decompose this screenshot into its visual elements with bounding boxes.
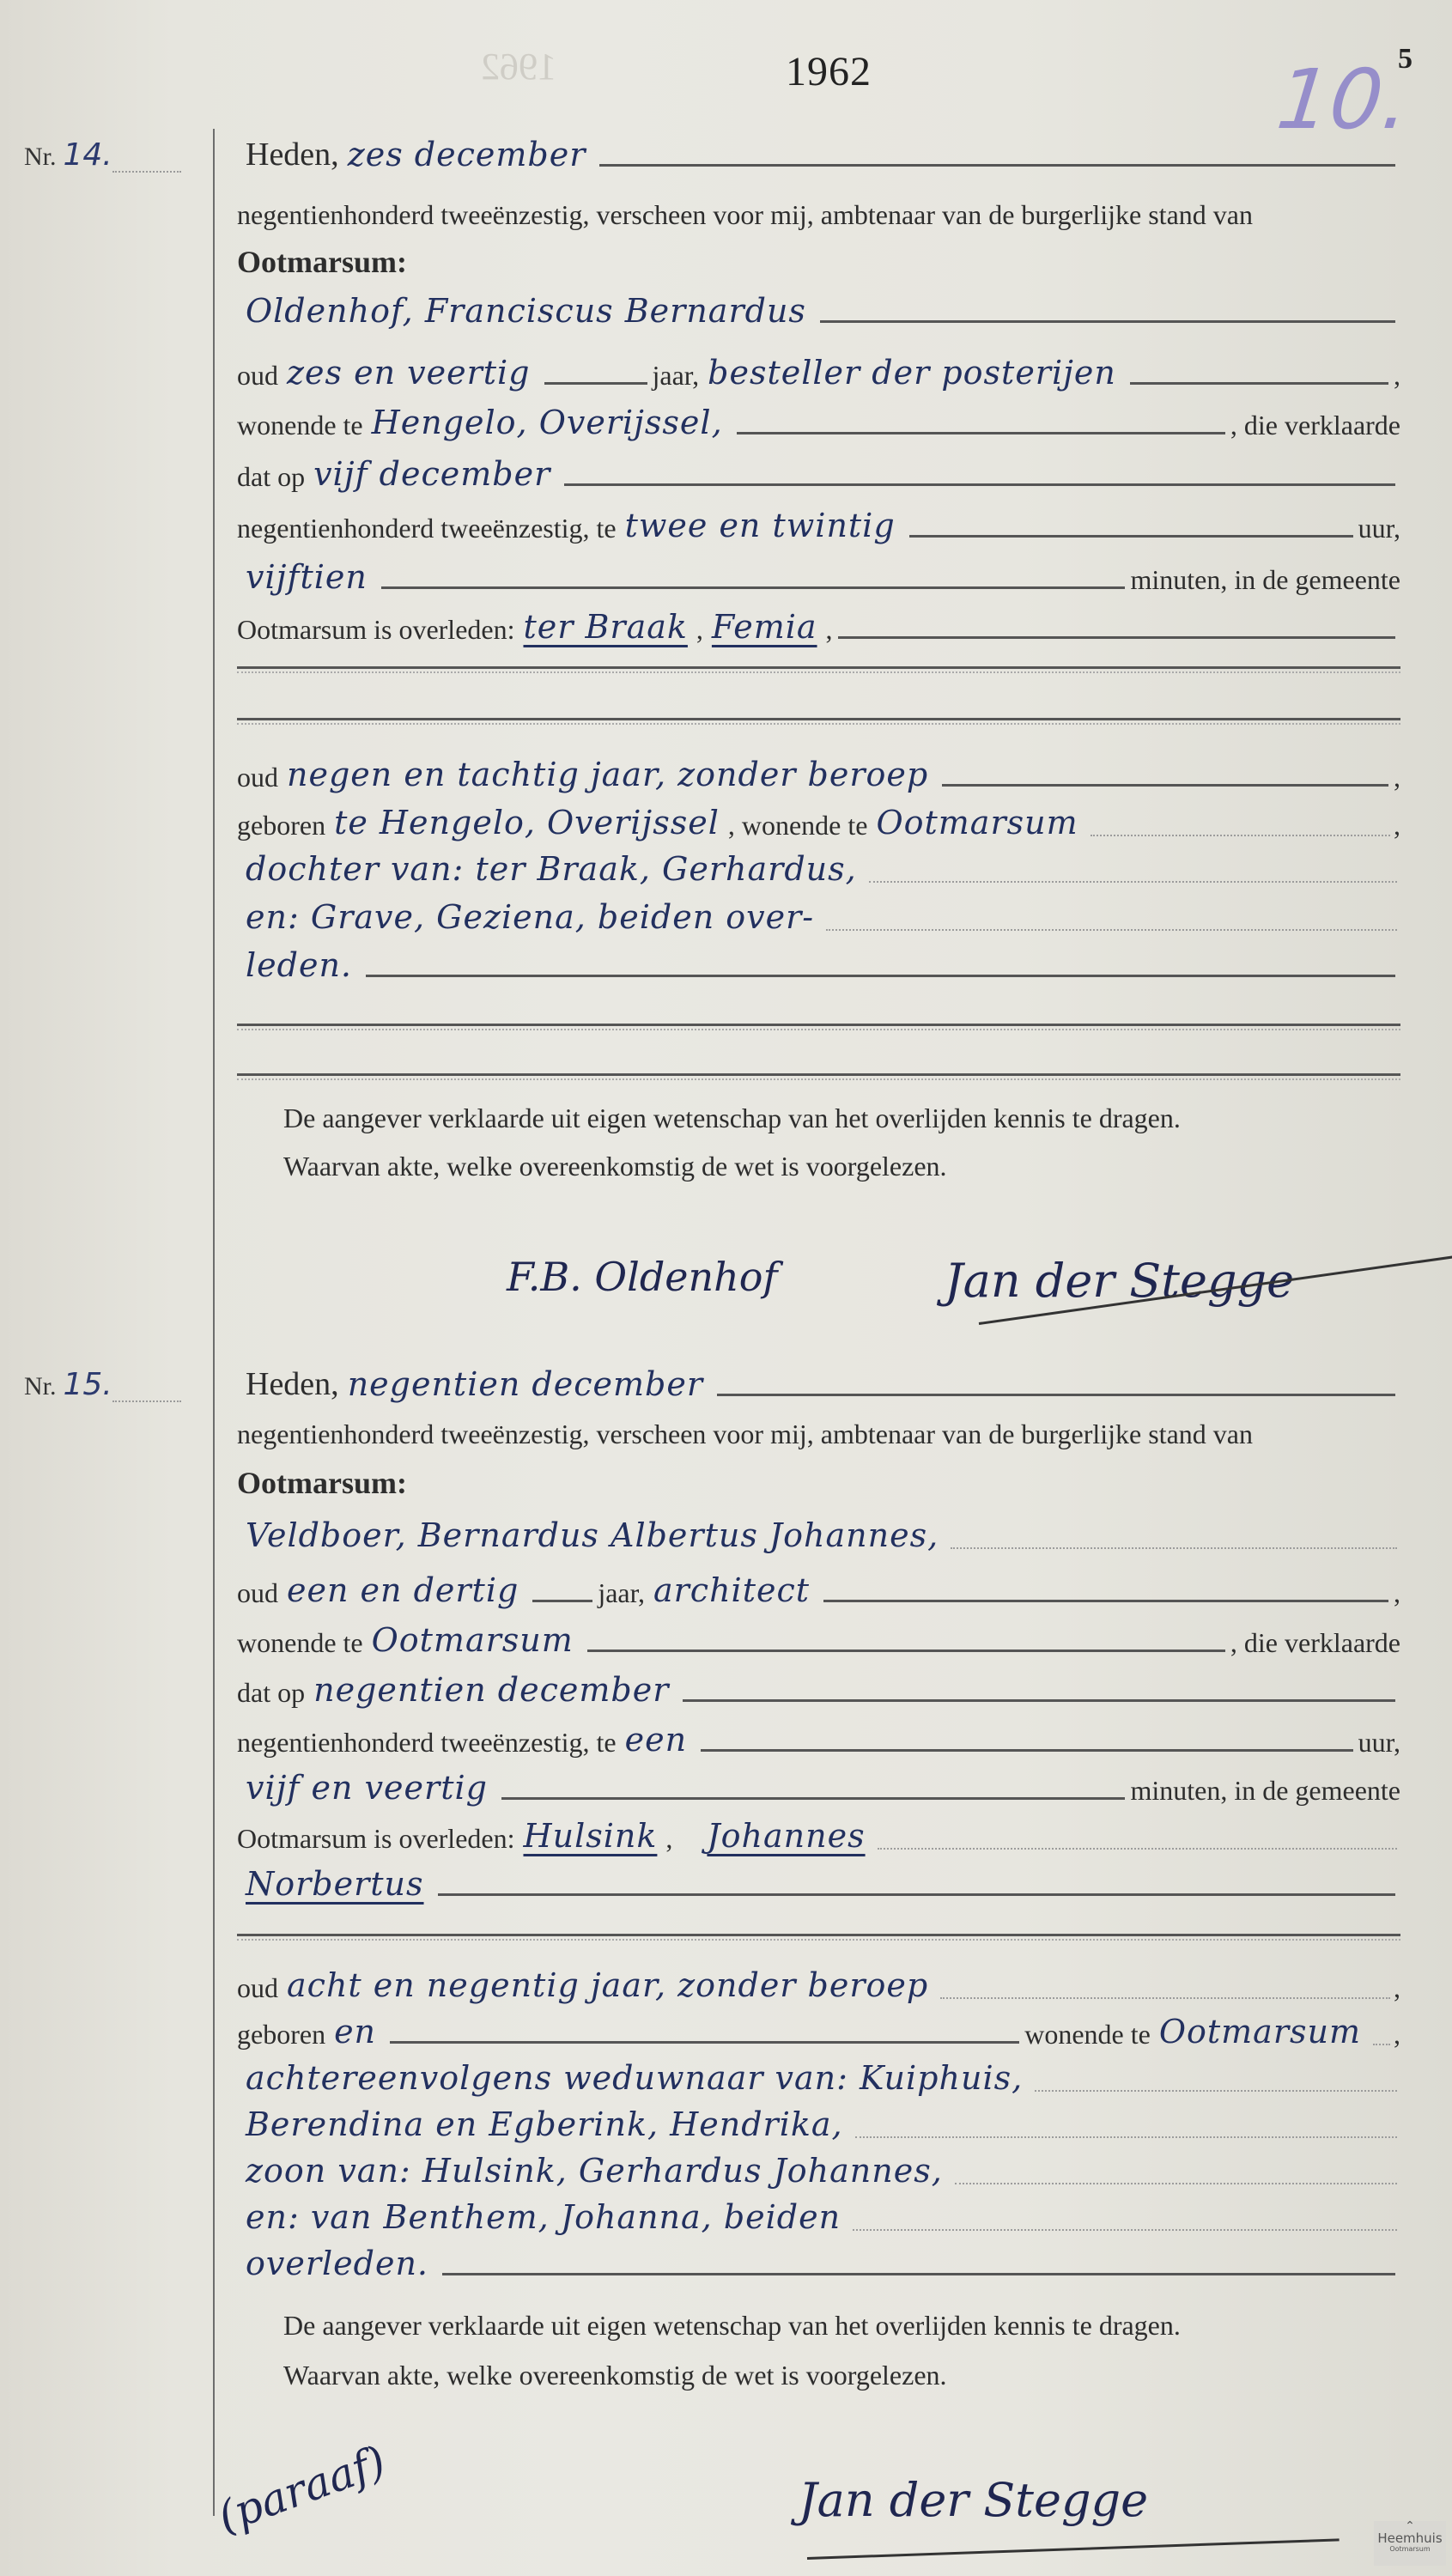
blank-line [237, 718, 1400, 720]
record-line: Waarvan akte, welke overeenkomstig de we… [283, 2360, 1400, 2391]
record-line: wonende te Hengelo, Overijssel, , die ve… [237, 404, 1400, 441]
relation-line: en: van Benthem, Johanna, beiden [246, 2198, 841, 2236]
deceased-given-name: Femia [712, 608, 817, 646]
closing-statement: Waarvan akte, welke overeenkomstig de we… [283, 1151, 947, 1182]
record-line: zoon van: Hulsink, Gerhardus Johannes, [237, 2152, 1400, 2190]
entry-number: Nr.15. [24, 1367, 181, 1402]
closing-statement: Waarvan akte, welke overeenkomstig de we… [283, 2360, 947, 2391]
record-line: Waarvan akte, welke overeenkomstig de we… [283, 1151, 1400, 1182]
relation-line: zoon van: Hulsink, Gerhardus Johannes, [246, 2152, 943, 2190]
signature-official: Jan der Stegge [799, 2473, 1148, 2527]
entry-number-value: 15. [64, 1367, 112, 1402]
record-line: Ootmarsum: [237, 1465, 1400, 1501]
margin-rule [213, 129, 215, 2516]
record-line: negentienhonderd tweeënzestig, verscheen… [237, 1419, 1400, 1450]
deceased-age: negen en tachtig jaar, zonder beroep [287, 756, 928, 793]
record-line: negentienhonderd tweeënzestig, te twee e… [237, 507, 1400, 544]
signature-official: Jan der Stegge [945, 1254, 1294, 1308]
date-today: zes december [348, 136, 586, 173]
relation-line: overleden. [246, 2245, 428, 2282]
deceased-age: acht en negentig jaar, zonder beroep [287, 1966, 928, 2004]
record-line: Ootmarsum is overleden: Hulsink, Johanne… [237, 1817, 1400, 1855]
municipality: Ootmarsum: [237, 1465, 407, 1501]
record-line: oud negen en tachtig jaar, zonder beroep… [237, 756, 1400, 793]
relation-line: achtereenvolgens weduwnaar van: Kuiphuis… [246, 2059, 1023, 2097]
record-line: Veldboer, Bernardus Albertus Johannes, [237, 1516, 1400, 1554]
deceased-residence: Ootmarsum [876, 804, 1078, 841]
informant-age: een en dertig [287, 1571, 519, 1609]
death-minutes: vijf en veertig [246, 1769, 488, 1807]
record-line: oud acht en negentig jaar, zonder beroep… [237, 1966, 1400, 2004]
record-line: Heden, negentien december [246, 1365, 1400, 1403]
heemhuis-watermark: ⌃ Heemhuis Ootmarsum [1374, 2521, 1446, 2566]
birthplace: en [334, 2013, 376, 2050]
record-line: dat op negentien december [237, 1671, 1400, 1709]
record-line: leden. [237, 946, 1400, 984]
signature-informant: F.B. Oldenhof [507, 1254, 778, 1300]
informant-occupation: architect [653, 1571, 810, 1609]
entry-number: Nr.14. [24, 137, 181, 173]
record-line: Ootmarsum: [237, 244, 1400, 280]
informant-residence: Hengelo, Overijssel, [372, 404, 723, 441]
record-line: geboren en wonende te Ootmarsum, [237, 2013, 1400, 2050]
informant-age: zes en veertig [287, 354, 531, 392]
record-line: De aangever verklaarde uit eigen wetensc… [283, 1103, 1400, 1134]
deceased-surname: Hulsink [523, 1817, 657, 1855]
death-date: vijf december [313, 455, 550, 493]
record-line: wonende te Ootmarsum , die verklaarde [237, 1621, 1400, 1659]
blank-line [237, 1934, 1400, 1936]
informant-name: Veldboer, Bernardus Albertus Johannes, [246, 1516, 939, 1554]
informant-occupation: besteller der posterijen [708, 354, 1116, 392]
relation-line: leden. [246, 946, 352, 984]
register-year: 1962 [786, 48, 872, 95]
record-line: De aangever verklaarde uit eigen wetensc… [283, 2310, 1400, 2342]
deceased-given-name: Johannes [707, 1817, 865, 1855]
closing-declaration: De aangever verklaarde uit eigen wetensc… [283, 1103, 1181, 1134]
informant-residence: Ootmarsum [372, 1621, 574, 1659]
entry-number-value: 14. [64, 137, 112, 173]
record-line: Berendina en Egberink, Hendrika, [237, 2105, 1400, 2143]
death-hour: twee en twintig [625, 507, 896, 544]
blank-line [237, 1073, 1400, 1076]
page-number: 5 [1398, 43, 1413, 76]
death-hour: een [625, 1721, 687, 1759]
record-line: Ootmarsum is overleden: ter Braak, Femia… [237, 608, 1400, 646]
informant-name: Oldenhof, Franciscus Bernardus [246, 292, 806, 330]
signature-flourish [807, 2538, 1340, 2560]
record-line: overleden. [237, 2245, 1400, 2282]
relation-line: en: Grave, Geziena, beiden over- [246, 898, 814, 936]
record-line: Heden, zes december [246, 136, 1400, 173]
purple-stamp-mark: 10. [1273, 52, 1413, 148]
record-line: oud zes en veertig jaar, besteller der p… [237, 354, 1400, 392]
relation-line: Berendina en Egberink, Hendrika, [246, 2105, 843, 2143]
closing-declaration: De aangever verklaarde uit eigen wetensc… [283, 2310, 1181, 2342]
record-line: Oldenhof, Franciscus Bernardus [237, 292, 1400, 330]
birthplace: te Hengelo, Overijssel [334, 804, 720, 841]
deceased-name-continued: Norbertus [246, 1865, 424, 1903]
record-line: en: van Benthem, Johanna, beiden [237, 2198, 1400, 2236]
blank-line [237, 666, 1400, 669]
record-line: achtereenvolgens weduwnaar van: Kuiphuis… [237, 2059, 1400, 2097]
record-line: oud een en dertig jaar, architect, [237, 1571, 1400, 1609]
record-line: negentienhonderd tweeënzestig, verscheen… [237, 199, 1400, 231]
record-line: vijf en veertig minuten, in de gemeente [237, 1769, 1400, 1807]
deceased-surname: ter Braak [523, 608, 687, 646]
record-line: vijftien minuten, in de gemeente [237, 558, 1400, 596]
blank-line [237, 1024, 1400, 1026]
municipality: Ootmarsum: [237, 244, 407, 280]
signature-informant: (paraaf) [211, 2436, 392, 2543]
deceased-residence: Ootmarsum [1159, 2013, 1361, 2050]
death-minutes: vijftien [246, 558, 368, 596]
record-line: negentienhonderd tweeënzestig, te een uu… [237, 1721, 1400, 1759]
bleed-through-year: 1962 [481, 45, 556, 88]
date-today: negentien december [348, 1365, 703, 1403]
relation-line: dochter van: ter Braak, Gerhardus, [246, 850, 857, 888]
record-line: en: Grave, Geziena, beiden over- [237, 898, 1400, 936]
record-line: geboren te Hengelo, Overijssel , wonende… [237, 804, 1400, 841]
record-line: dochter van: ter Braak, Gerhardus, [237, 850, 1400, 888]
record-line: Norbertus [237, 1865, 1400, 1903]
record-line: dat op vijf december [237, 455, 1400, 493]
death-date: negentien december [313, 1671, 669, 1709]
